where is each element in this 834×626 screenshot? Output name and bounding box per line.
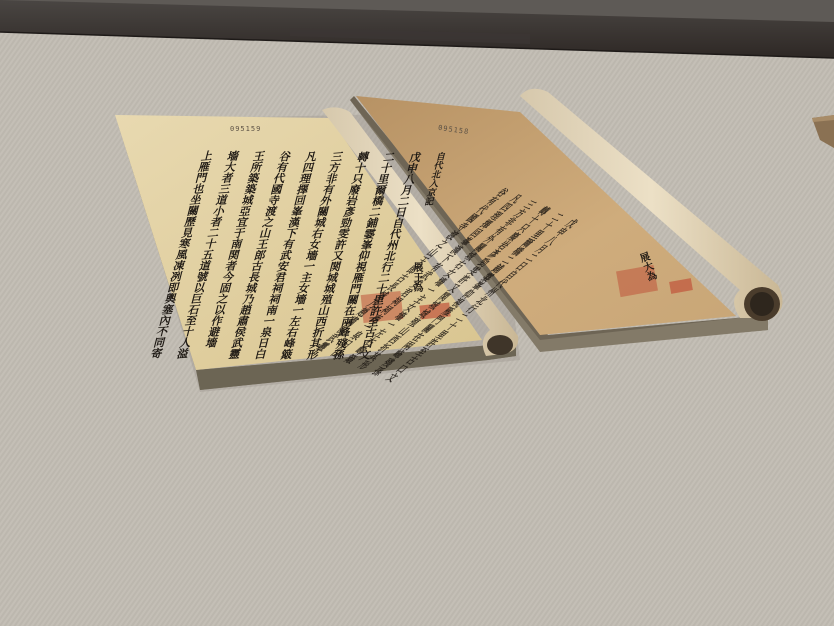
left-signature: 展王為 [410,262,423,292]
photo-scene: 095159 095158 自代北入京記 戊申八月二日自代州北行二十里許至古口文… [0,0,834,626]
left-page-number: 095159 [230,125,261,133]
